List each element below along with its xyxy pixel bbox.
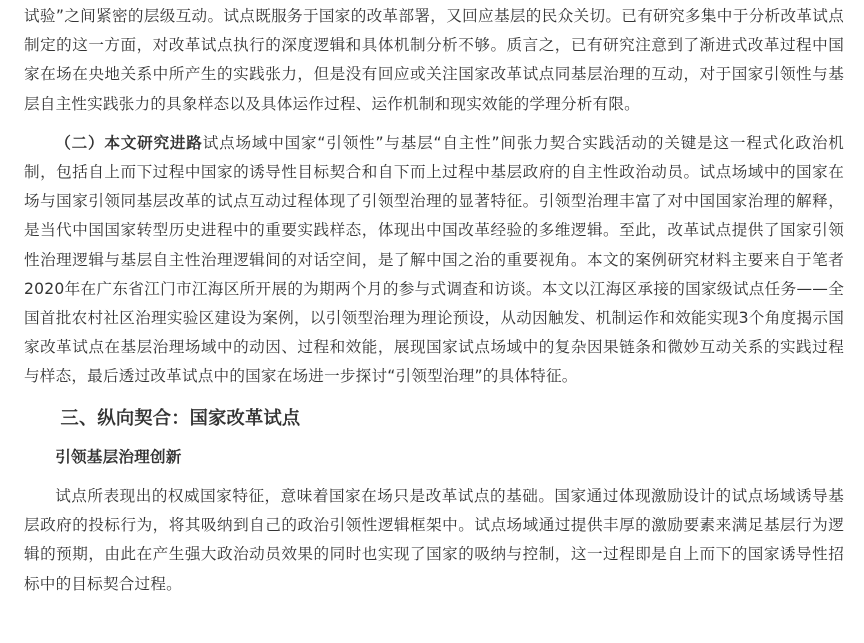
article-body: 试验”之间紧密的层级互动。试点既服务于国家的改革部署，又回应基层的民众关切。已有… — [24, 2, 844, 599]
section-heading: 三、纵向契合：国家改革试点 — [24, 404, 844, 433]
paragraph-state-presence: 试点所表现出的权威国家特征，意味着国家在场只是改革试点的基础。国家通过体现激励设… — [24, 482, 844, 599]
inline-heading-research-approach: （二）本文研究进路 — [55, 134, 203, 152]
paragraph-research-approach: （二）本文研究进路试点场域中国家“引领性”与基层“自主性”间张力契合实践活动的关… — [24, 129, 844, 392]
subsection-heading: 引领基层治理创新 — [24, 443, 844, 472]
paragraph-literature-review: 试验”之间紧密的层级互动。试点既服务于国家的改革部署，又回应基层的民众关切。已有… — [24, 2, 844, 119]
paragraph-research-approach-text: 试点场域中国家“引领性”与基层“自主性”间张力契合实践活动的关键是这一程式化政治… — [24, 134, 844, 386]
